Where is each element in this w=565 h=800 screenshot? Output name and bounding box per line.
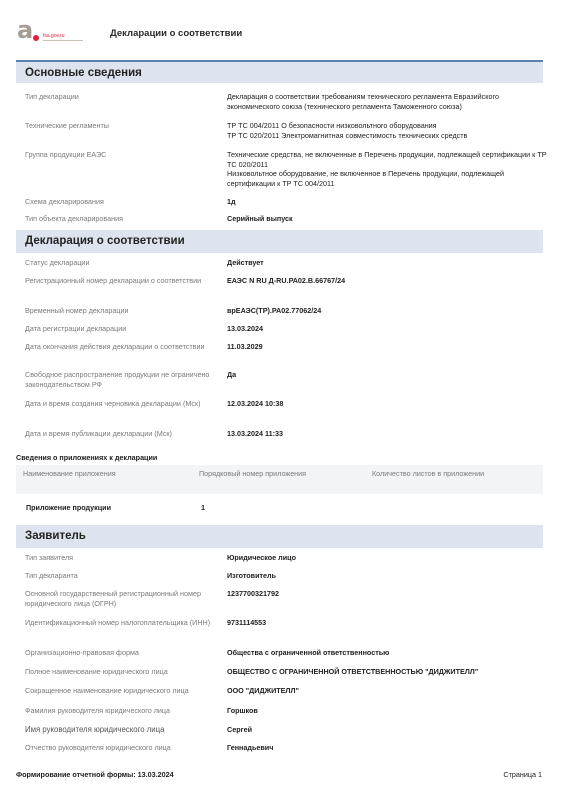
field-value: Геннадьевич bbox=[227, 743, 547, 753]
field-label: Тип декларации bbox=[25, 92, 220, 102]
field-label: Тип заявителя bbox=[25, 553, 220, 563]
field-value: ООО "ДИДЖИТЕЛЛ" bbox=[227, 686, 547, 696]
field-value: Серийный выпуск bbox=[227, 214, 547, 224]
attachments-heading: Сведения о приложениях к декларации bbox=[16, 453, 157, 462]
field-label: Имя руководителя юридического лица bbox=[25, 725, 220, 735]
section-header-declaration: Декларация о соответствии bbox=[16, 230, 543, 253]
field-value: 13.03.2024 bbox=[227, 324, 547, 334]
section-title: Декларация о соответствии bbox=[25, 235, 185, 247]
field-label: Полное наименование юридического лица bbox=[25, 667, 220, 677]
field-label: Временный номер декларации bbox=[25, 306, 220, 316]
column-header-number: Порядковый номер приложения bbox=[199, 469, 306, 478]
field-label: Организационно-правовая форма bbox=[25, 648, 220, 658]
field-label: Отчество руководителя юридического лица bbox=[25, 743, 220, 753]
table-row: Приложение продукции 1 bbox=[16, 500, 543, 514]
attachments-table-header: Наименование приложения Порядковый номер… bbox=[16, 465, 543, 494]
field-label: Тип объекта декларирования bbox=[25, 214, 220, 224]
field-value: 1д bbox=[227, 197, 547, 207]
status-badge: Действует bbox=[227, 258, 547, 268]
logo-text: fsa.gov.ru bbox=[43, 33, 65, 39]
field-value: ОБЩЕСТВО С ОГРАНИЧЕННОЙ ОТВЕТСТВЕННОСТЬЮ… bbox=[227, 667, 547, 677]
field-label: Группа продукции ЕАЭС bbox=[25, 150, 220, 160]
field-label: Сокращенное наименование юридического ли… bbox=[25, 686, 220, 696]
field-value: 1237700321792 bbox=[227, 589, 547, 599]
field-label: Свободное распространение продукции не о… bbox=[25, 370, 220, 389]
field-value: Декларация о соответствии требованиям те… bbox=[227, 92, 547, 111]
logo-subtitle-line bbox=[43, 40, 83, 41]
fsa-logo: a fsa.gov.ru bbox=[17, 20, 87, 46]
section-title: Основные сведения bbox=[25, 67, 142, 79]
field-label: Дата окончания действия декларации о соо… bbox=[25, 342, 220, 352]
field-label: Технические регламенты bbox=[25, 121, 220, 131]
field-value: Да bbox=[227, 370, 547, 380]
field-label: Дата и время создания черновика декларац… bbox=[25, 399, 220, 409]
column-header-sheets: Количество листов в приложении bbox=[372, 469, 484, 478]
field-value: 12.03.2024 10:38 bbox=[227, 399, 547, 409]
field-value: ЕАЭС N RU Д-RU.РА02.В.66767/24 bbox=[227, 276, 547, 286]
field-label: Дата регистрации декларации bbox=[25, 324, 220, 334]
field-value: 13.03.2024 11:33 bbox=[227, 429, 547, 439]
field-value: врЕАЭС(ТР).РА02.77062/24 bbox=[227, 306, 547, 316]
field-value: Юридическое лицо bbox=[227, 553, 547, 563]
field-value: Изготовитель bbox=[227, 571, 547, 581]
logo-dot-icon bbox=[33, 35, 39, 41]
field-label: Тип декларанта bbox=[25, 571, 220, 581]
field-value: Горшков bbox=[227, 706, 547, 716]
field-value: 11.03.2029 bbox=[227, 342, 547, 352]
field-value: Общества с ограниченной ответственностью bbox=[227, 648, 547, 658]
attachment-name: Приложение продукции bbox=[26, 503, 111, 512]
section-header-applicant: Заявитель bbox=[16, 525, 543, 548]
page-title: Декларации о соответствии bbox=[110, 28, 242, 39]
field-label: Основной государственный регистрационный… bbox=[25, 589, 220, 608]
section-title: Заявитель bbox=[25, 530, 86, 542]
column-header-name: Наименование приложения bbox=[23, 469, 116, 478]
field-label: Регистрационный номер декларации о соотв… bbox=[25, 276, 220, 286]
field-label: Фамилия руководителя юридического лица bbox=[25, 706, 220, 716]
page-header: a fsa.gov.ru Декларации о соответствии bbox=[0, 0, 565, 56]
field-label: Идентификационный номер налогоплательщик… bbox=[25, 618, 220, 628]
logo-letter-icon: a bbox=[17, 17, 33, 43]
field-label: Схема декларирования bbox=[25, 197, 220, 207]
field-value: Сергей bbox=[227, 725, 547, 735]
report-generated-date: Формирование отчетной формы: 13.03.2024 bbox=[16, 770, 174, 779]
page-number: Страница 1 bbox=[503, 770, 542, 779]
field-label: Статус декларации bbox=[25, 258, 220, 268]
field-label: Дата и время публикации декларации (Мск) bbox=[25, 429, 220, 439]
attachment-number: 1 bbox=[201, 503, 205, 512]
field-value: 9731114553 bbox=[227, 618, 547, 628]
field-value: Технические средства, не включенные в Пе… bbox=[227, 150, 547, 188]
field-value: ТР ТС 004/2011 О безопасности низковольт… bbox=[227, 121, 547, 140]
section-header-basic: Основные сведения bbox=[16, 60, 543, 83]
